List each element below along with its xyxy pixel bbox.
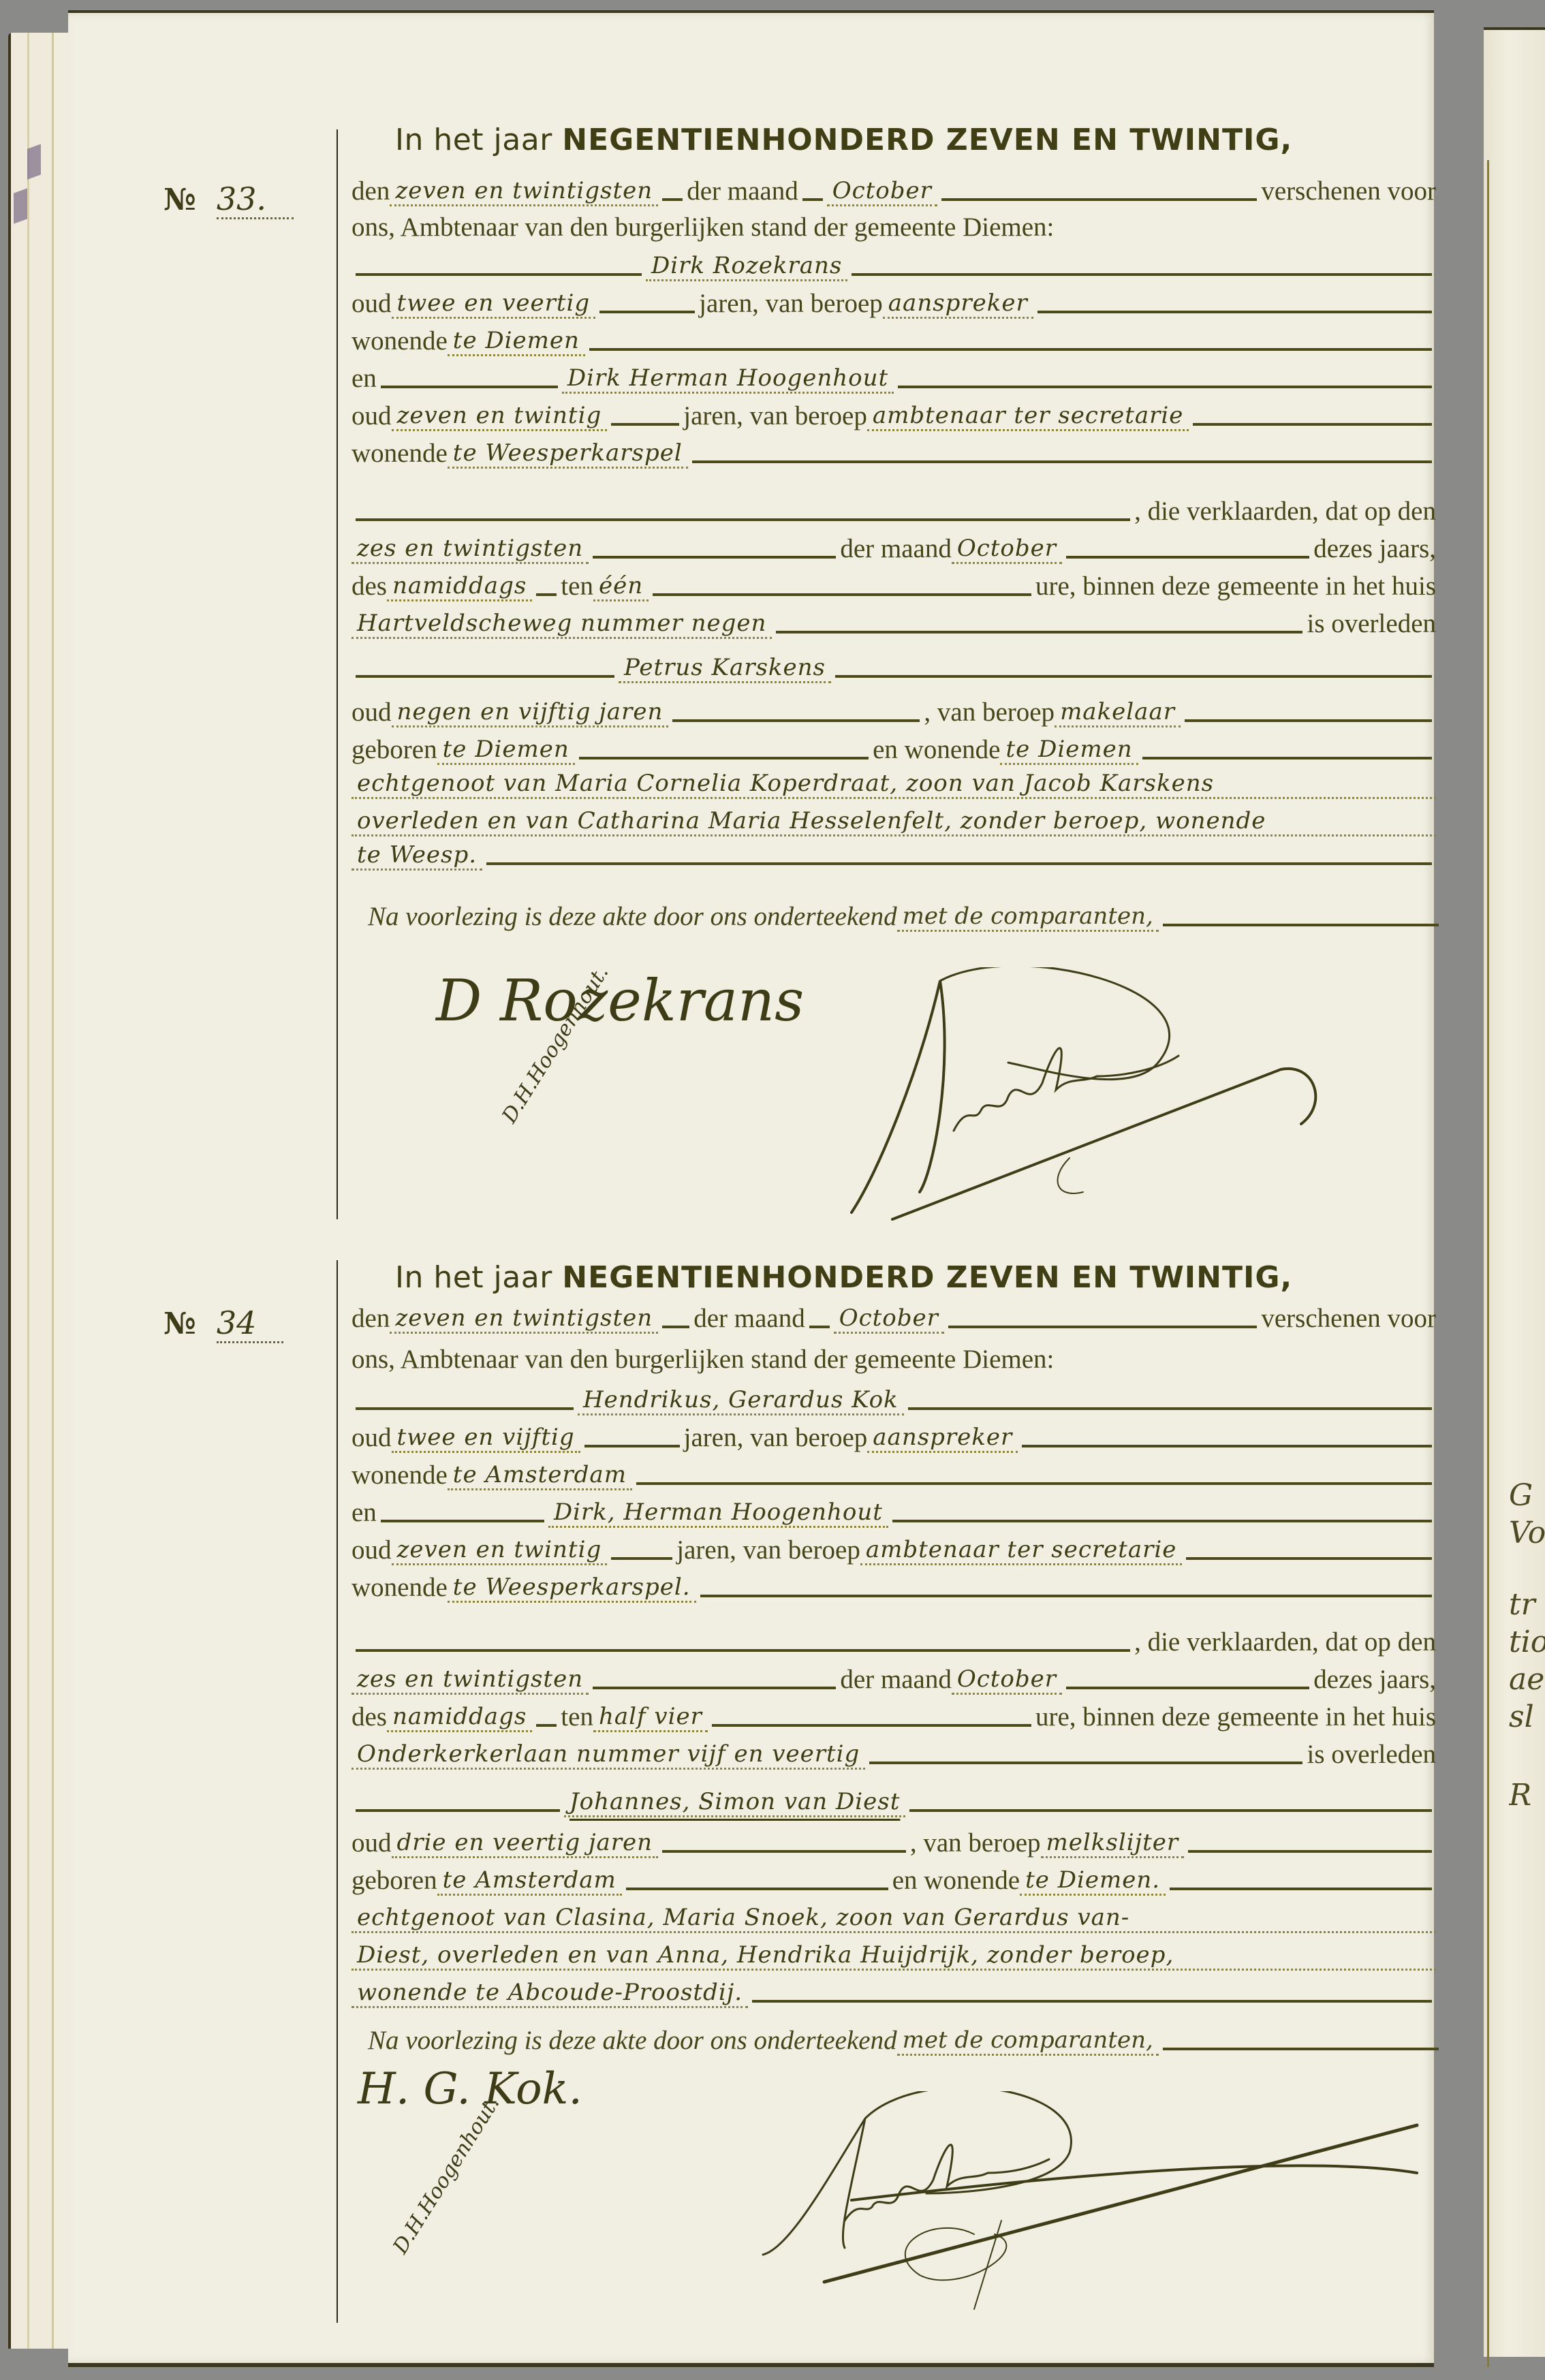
fill-line	[1193, 423, 1432, 426]
fill-line	[356, 1649, 1130, 1652]
fill-line	[662, 1326, 689, 1328]
fill-line	[672, 719, 920, 722]
declarant1-occupation: aanspreker	[883, 289, 1033, 319]
deceased-occupation: melkslijter	[1041, 1829, 1185, 1858]
month-field: October	[834, 1304, 944, 1334]
adjacent-page-fragment: tr	[1509, 1587, 1545, 1622]
relations-line: te Weesp.	[352, 841, 482, 871]
label-den: den	[352, 1303, 390, 1334]
closing-line: Na voorlezing is deze akte door ons onde…	[368, 2016, 1443, 2056]
form-line-date: den zeven en twintigsten der maand Octob…	[352, 167, 1436, 206]
form-line-declarant1-residence: wonende te Amsterdam	[352, 1451, 1436, 1490]
fill-line	[809, 1326, 830, 1328]
relations-line: echtgenoot van Clasina, Maria Snoek, zoo…	[352, 1904, 1436, 1933]
fill-line	[611, 423, 679, 426]
fill-line	[593, 1687, 836, 1689]
form-line-death-time: des namiddags ten één ure, binnen deze g…	[352, 562, 1436, 601]
label-ure-binnen: ure, binnen deze gemeente in het huis	[1035, 571, 1436, 601]
label-oud: oud	[352, 1828, 392, 1858]
record-heading: In het jaar NEGENTIENHONDERD ZEVEN EN TW…	[395, 123, 1292, 157]
fill-line	[948, 1326, 1257, 1328]
label-oud: oud	[352, 697, 392, 727]
label-ambtenaar: ons, Ambtenaar van den burgerlijken stan…	[352, 1344, 1054, 1375]
form-line-declarant1-name: Hendrikus, Gerardus Kok	[352, 1376, 1436, 1415]
form-line-relations: echtgenoot van Clasina, Maria Snoek, zoo…	[352, 1894, 1436, 1933]
adjacent-page-fragment: ae	[1509, 1662, 1545, 1697]
fill-line	[611, 1557, 672, 1560]
fill-line	[692, 460, 1432, 463]
adjacent-page-fragment: Vo	[1509, 1516, 1545, 1550]
ink-stamp-mark	[14, 188, 27, 223]
label-jaren-van-beroep: jaren, van beroep	[676, 1535, 860, 1565]
fill-line	[486, 862, 1432, 865]
fill-line	[589, 348, 1432, 351]
form-line-ambtenaar: ons, Ambtenaar van den burgerlijken stan…	[352, 203, 1436, 242]
label-is-overleden: is overleden	[1307, 608, 1436, 639]
label-van-beroep: , van beroep	[924, 697, 1055, 727]
label-wonende: wonende	[352, 1460, 448, 1490]
label-der-maand: der maand	[840, 533, 952, 564]
death-hour: half vier	[593, 1703, 708, 1732]
signature-declarant1: H. G. Kok.	[358, 2064, 582, 2114]
declarant2-residence: te Weesperkarspel	[448, 439, 688, 469]
heading-prefix: In het jaar	[395, 1260, 552, 1295]
declarant1-residence: te Amsterdam	[448, 1461, 632, 1490]
fill-line	[356, 1407, 574, 1410]
fill-line	[892, 1520, 1432, 1522]
form-line-death-date: zes en twintigsten der maand October dez…	[352, 1655, 1436, 1695]
label-en: en	[352, 1497, 377, 1528]
fill-line	[662, 1850, 906, 1853]
deceased-occupation: makelaar	[1055, 698, 1181, 727]
label-der-maand: der maand	[840, 1664, 952, 1695]
deceased-age: drie en veertig jaren	[392, 1829, 659, 1858]
death-month: October	[952, 535, 1062, 564]
fill-line	[908, 1407, 1432, 1410]
fill-line	[1037, 311, 1432, 313]
declarant1-occupation: aanspreker	[867, 1424, 1018, 1453]
book-page-edges	[8, 33, 69, 2349]
death-month: October	[952, 1665, 1062, 1695]
death-house: Onderkerkerlaan nummer vijf en veertig	[352, 1740, 865, 1770]
fill-line	[802, 198, 823, 201]
declarant1-residence: te Diemen	[448, 327, 585, 356]
day-field: zeven en twintigsten	[390, 1304, 658, 1334]
record-number-value: 33.	[217, 181, 294, 219]
adjacent-page-fragment: R	[1509, 1778, 1545, 1813]
heading-year: NEGENTIENHONDERD ZEVEN EN TWINTIG,	[562, 123, 1292, 157]
label-dezes-jaars: dezes jaars,	[1313, 1664, 1436, 1695]
fill-line	[356, 273, 642, 276]
fill-line	[1022, 1445, 1432, 1447]
label-jaren-van-beroep: jaren, van beroep	[684, 1422, 868, 1453]
label-des: des	[352, 1702, 387, 1732]
fill-line	[662, 198, 683, 201]
fill-line	[356, 518, 1130, 521]
label-is-overleden: is overleden	[1307, 1739, 1436, 1770]
fill-line	[1163, 924, 1439, 926]
number-symbol: №	[163, 1306, 196, 1341]
label-wonende: wonende	[352, 438, 448, 469]
death-house: Hartveldscheweg nummer negen	[352, 610, 772, 639]
form-line-declarant2-residence: wonende te Weesperkarspel	[352, 429, 1436, 469]
label-oud: oud	[352, 401, 392, 431]
fill-line	[1185, 719, 1432, 722]
form-line-declarant1-age: oud twee en veertig jaren, van beroep aa…	[352, 279, 1436, 319]
label-der-maand: der maand	[693, 1303, 805, 1334]
month-field: October	[827, 177, 937, 206]
declarant2-residence: te Weesperkarspel.	[448, 1573, 696, 1603]
form-line-death-date: zes en twintigsten der maand October dez…	[352, 524, 1436, 564]
declarant1-age: twee en veertig	[392, 289, 596, 319]
form-line-relations: wonende te Abcoude-Proostdij.	[352, 1969, 1436, 2008]
fill-line	[1188, 1850, 1432, 1853]
label-oud: oud	[352, 1422, 392, 1453]
relations-line: echtgenoot van Maria Cornelia Koperdraat…	[352, 770, 1436, 799]
declarant2-occupation: ambtenaar ter secretarie	[867, 402, 1189, 431]
label-en-wonende: en wonende	[892, 1865, 1020, 1896]
label-ten: ten	[561, 1702, 593, 1732]
declarant2-age: zeven en twintig	[392, 402, 608, 431]
label-dezes-jaars: dezes jaars,	[1313, 533, 1436, 564]
label-oud: oud	[352, 1535, 392, 1565]
label-en: en	[352, 363, 377, 394]
form-line-declarant2-age: oud zeven en twintig jaren, van beroep a…	[352, 392, 1436, 431]
heading-prefix: In het jaar	[395, 123, 552, 157]
label-den: den	[352, 176, 390, 206]
record-number: №34	[163, 1304, 283, 1341]
death-day: zes en twintigsten	[352, 1665, 589, 1695]
deceased-birthplace: te Amsterdam	[437, 1866, 622, 1896]
form-line-relations: echtgenoot van Maria Cornelia Koperdraat…	[352, 760, 1436, 799]
form-line-declarant1-name: Dirk Rozekrans	[352, 242, 1436, 281]
record-number-value: 34	[217, 1304, 284, 1343]
fill-line	[653, 593, 1031, 596]
deceased-residence: te Diemen.	[1020, 1866, 1166, 1896]
closing-text: Na voorlezing is deze akte door ons onde…	[368, 901, 897, 932]
declarant1-age: twee en vijftig	[392, 1424, 580, 1453]
ink-stamp-mark	[27, 144, 41, 179]
declarant2-occupation: ambtenaar ter secretarie	[860, 1536, 1183, 1565]
fill-line	[356, 675, 614, 678]
time-of-day: namiddags	[387, 572, 532, 601]
declarant2-name: Dirk Herman Hoogenhout	[562, 364, 894, 394]
signature-declarant1: D Rozekrans	[436, 967, 804, 1034]
fill-line	[909, 1809, 1432, 1812]
fill-line	[381, 386, 558, 388]
declarant2-name: Dirk, Herman Hoogenhout	[548, 1499, 888, 1528]
day-field: zeven en twintigsten	[390, 177, 658, 206]
form-line-deceased-name: Petrus Karskens	[352, 644, 1436, 683]
label-die-verklaarden: , die verklaarden, dat op den	[1134, 496, 1436, 527]
fill-line	[626, 1888, 888, 1890]
fill-line	[752, 2000, 1432, 2003]
label-verschenen-voor: verschenen voor	[1261, 1303, 1436, 1334]
form-line-deceased-age: oud drie en veertig jaren , van beroep m…	[352, 1819, 1436, 1858]
fill-line	[700, 1595, 1432, 1597]
fill-line	[941, 198, 1257, 201]
label-wonende: wonende	[352, 326, 448, 356]
number-symbol: №	[163, 183, 196, 217]
form-line-deceased-birth: geboren te Amsterdam en wonende te Dieme…	[352, 1856, 1436, 1896]
closing-line: Na voorlezing is deze akte door ons onde…	[368, 892, 1443, 932]
form-line-declarant1-age: oud twee en vijftig jaren, van beroep aa…	[352, 1413, 1436, 1453]
fill-line	[776, 631, 1302, 633]
label-ten: ten	[561, 571, 593, 601]
label-wonende: wonende	[352, 1572, 448, 1603]
form-line-house: Onderkerkerlaan nummer vijf en veertig i…	[352, 1730, 1436, 1770]
record-heading: In het jaar NEGENTIENHONDERD ZEVEN EN TW…	[395, 1260, 1292, 1295]
form-line-date: den zeven en twintigsten der maand Octob…	[352, 1294, 1436, 1334]
relations-line: wonende te Abcoude-Proostdij.	[352, 1979, 748, 2008]
form-line-declarant1-residence: wonende te Diemen	[352, 317, 1436, 356]
fill-line	[1066, 1687, 1309, 1689]
label-ure-binnen: ure, binnen deze gemeente in het huis	[1035, 1702, 1436, 1732]
death-hour: één	[593, 572, 649, 601]
death-day: zes en twintigsten	[352, 535, 589, 564]
label-der-maand: der maand	[687, 176, 798, 206]
adjacent-page	[1484, 27, 1545, 2357]
fill-line	[381, 1520, 544, 1522]
form-line-death-time: des namiddags ten half vier ure, binnen …	[352, 1693, 1436, 1732]
declarant1-name: Dirk Rozekrans	[646, 252, 847, 281]
form-line-declarant2-age: oud zeven en twintig jaren, van beroep a…	[352, 1526, 1436, 1565]
fill-line	[712, 1724, 1031, 1727]
adjacent-page-fragment: sl	[1509, 1700, 1545, 1734]
fill-line	[852, 273, 1432, 276]
form-line-house: Hartveldscheweg nummer negen is overlede…	[352, 599, 1436, 639]
fill-line	[1186, 1557, 1432, 1560]
fill-line	[536, 593, 557, 596]
adjacent-page-fragment: tio	[1509, 1625, 1545, 1659]
fill-line	[1170, 1888, 1432, 1890]
form-line-relations: Diest, overleden en van Anna, Hendrika H…	[352, 1931, 1436, 1971]
form-line-deceased-name: Johannes, Simon van Diest	[352, 1778, 1436, 1817]
declarant2-age: zeven en twintig	[392, 1536, 608, 1565]
fill-line	[356, 1809, 560, 1812]
closing-handwritten: met de comparanten,	[897, 903, 1159, 932]
form-line-declarant2-name: en Dirk, Herman Hoogenhout	[352, 1488, 1436, 1528]
form-line-declarant2-residence: wonende te Weesperkarspel.	[352, 1563, 1436, 1603]
fill-line	[593, 556, 836, 559]
signature-registrar: Ratelband	[886, 2152, 1134, 2208]
margin-rule	[337, 1260, 338, 2323]
fill-line	[869, 1761, 1302, 1764]
time-of-day: namiddags	[387, 1703, 532, 1732]
relations-line: Diest, overleden en van Anna, Hendrika H…	[352, 1941, 1436, 1971]
label-ambtenaar: ons, Ambtenaar van den burgerlijken stan…	[352, 212, 1054, 242]
fill-line	[599, 311, 695, 313]
fill-line	[584, 1445, 680, 1447]
form-line-die-verklaarden: , die verklaarden, dat op den	[352, 487, 1436, 527]
closing-text: Na voorlezing is deze akte door ons onde…	[368, 2025, 897, 2056]
form-line-die-verklaarden: , die verklaarden, dat op den	[352, 1618, 1436, 1657]
closing-handwritten: met de comparanten,	[897, 2026, 1159, 2056]
deceased-name: Petrus Karskens	[619, 654, 831, 683]
deceased-age: negen en vijftig jaren	[392, 698, 669, 727]
label-geboren: geboren	[352, 1865, 437, 1896]
fill-line	[1163, 2048, 1439, 2050]
fill-line	[536, 1724, 557, 1727]
form-line-relations: te Weesp.	[352, 831, 1436, 871]
label-jaren-van-beroep: jaren, van beroep	[683, 401, 867, 431]
form-line-ambtenaar: ons, Ambtenaar van den burgerlijken stan…	[352, 1335, 1436, 1375]
form-line-declarant2-name: en Dirk Herman Hoogenhout	[352, 354, 1436, 394]
fill-line	[1066, 556, 1309, 559]
label-van-beroep: , van beroep	[910, 1828, 1041, 1858]
label-jaren-van-beroep: jaren, van beroep	[699, 288, 883, 319]
gutter-binding-line	[1487, 160, 1489, 2367]
heading-year: NEGENTIENHONDERD ZEVEN EN TWINTIG,	[562, 1260, 1292, 1295]
declarant1-name: Hendrikus, Gerardus Kok	[578, 1386, 904, 1415]
adjacent-page-fragment: G	[1509, 1478, 1545, 1513]
label-oud: oud	[352, 288, 392, 319]
fill-line	[898, 386, 1432, 388]
signature-registrar: Ratelband	[967, 1063, 1215, 1118]
form-line-deceased-age: oud negen en vijftig jaren , van beroep …	[352, 688, 1436, 727]
label-des: des	[352, 571, 387, 601]
label-verschenen-voor: verschenen voor	[1261, 176, 1436, 206]
margin-rule	[337, 129, 338, 1219]
fill-line	[835, 675, 1432, 678]
deceased-name: Johannes, Simon van Diest	[564, 1788, 905, 1817]
record-number: №33.	[163, 181, 294, 217]
label-die-verklaarden: , die verklaarden, dat op den	[1134, 1627, 1436, 1657]
fill-line	[636, 1482, 1432, 1485]
